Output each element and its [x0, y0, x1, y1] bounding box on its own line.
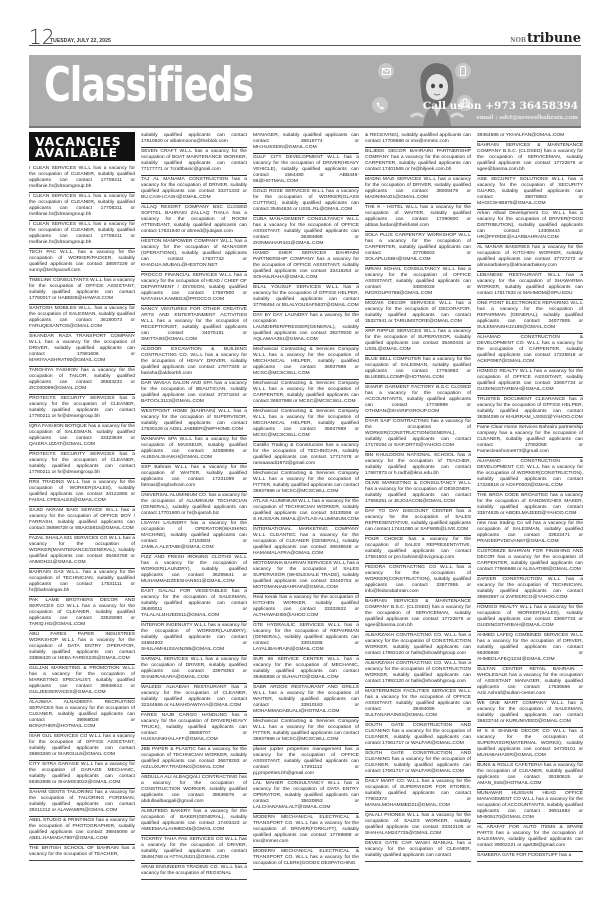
classified-ad: SANTOSH MOBILES W.L.L. has a vacancy for…	[29, 305, 135, 333]
section-heading: VACANCIES AVAILABLE	[29, 132, 135, 161]
ads-list: MANAGER, suitably qualified applicants c…	[253, 132, 359, 870]
newspaper-page: 12 TUESDAY, JULY 22, 2025 NOBtribune Cla…	[29, 0, 581, 900]
classified-ad: ALMUFEED BAKERY has a vacancy for the oc…	[141, 808, 247, 836]
classified-ad: LAL MAHER CONSULTANCY W.L.L has a vacanc…	[253, 780, 359, 814]
classified-ad: TICKRRY TAHA PAK SERVICES CO W.L.L has a…	[141, 836, 247, 864]
classified-ad: ABU FARES PAPER INDUSTRIES WORKSHOP W.L.…	[29, 631, 135, 665]
classified-ad: GTE HYDRAULIC SERVICES W.L.L has a vacan…	[253, 622, 359, 656]
classified-ad: MOZAIK DECOR SERVICES W.L.L has a vacanc…	[365, 300, 471, 328]
classified-ad: ISAR GUL SERVICES CO W.L.L has a vacancy…	[29, 733, 135, 761]
classified-ad: BAHRAIN GAS W.L.L. has a vacancy for the…	[29, 569, 135, 597]
classified-ad: GULJAN MARKETING & PROMOTION W.L.L has a…	[29, 665, 135, 699]
classified-ad: Castillo Trading & Construction has a va…	[253, 442, 359, 470]
classified-ad: MODERN MECHANICAL ELECTRICAL & TRANSPORT…	[253, 848, 359, 870]
classified-ad: THE BRITISH SCHOOL OF BAHRAIN has a vaca…	[29, 845, 135, 861]
classified-ad: Real Kerak has a vacancy for the occupat…	[253, 594, 359, 622]
classified-ad: Mechanical Contracting & Services Compan…	[253, 380, 359, 408]
classified-ad: TAJ AL MANAMA CONSTRUCTION has a vacancy…	[141, 176, 247, 204]
classified-ad: BILAL YOUSUF SERVICES W.L.L has a vacanc…	[253, 284, 359, 312]
publication-date: TUESDAY, JULY 22, 2025	[50, 38, 111, 44]
classified-ad: BILJEEK DECOR BAHRAINI PARTNERSHIP COMPA…	[365, 148, 471, 176]
banner-title: Classifieds	[44, 55, 253, 117]
classified-ad: AHMED LAFEQ COMBINED SERVICES W.L.L has …	[477, 632, 583, 666]
classified-ad: GULF CITY DEVELOPMENT W.L.L has a vacanc…	[253, 154, 359, 188]
column-4: & RECEIVING), suitably qualified applica…	[365, 132, 471, 862]
section-heading-text: VACANCIES AVAILABLE	[35, 136, 105, 158]
classified-ad: TRUSTED DOCUMENT CLEARANCE has a vacancy…	[477, 396, 583, 424]
classified-ad: WESTPOINT HOME (BAHRAIN) W.L.L has a vac…	[141, 408, 247, 436]
classified-ad: BUNS & ROLLS CAFETERIA has a vacancy for…	[477, 762, 583, 790]
classified-ad: NANCY VENTURES FOR OTHER CREATIVE ARTS A…	[141, 306, 247, 346]
classified-ad: SAJID AKRAM BAIG SERVICE W.L.L has a vac…	[29, 507, 135, 535]
classified-ad: AL ARAFAT FOR AUTO ITEMS & SPARE PARTS h…	[477, 824, 583, 852]
classified-ad: SUR 66 SERVICE CENTER W.L.L has a vacanc…	[253, 656, 359, 684]
classified-ad: MUNAWAR HUSSAIN HEAD OFFICE MANAGEMENT C…	[477, 790, 583, 824]
classified-ad: FOUR CHOICE has a vacancy for the occupa…	[365, 536, 471, 564]
classified-ad: I CLEAN SERVICES W.L.L has a vacancy for…	[29, 165, 135, 193]
classified-ad: THE K - HOTEL W.L.L has a vacancy for th…	[365, 204, 471, 232]
classified-ad: WE ONE MART COMPANY W.L.L has a vacancy …	[477, 700, 583, 728]
classified-ad: planet jupiter properties management has…	[253, 746, 359, 780]
classified-ad: ALLAQ RESORT COMPANY BSC CLOSED SOFITEL …	[141, 204, 247, 238]
classified-ad: HOMIGO REALTY W.L.L has a vacancy for th…	[477, 604, 583, 632]
classified-ad: DYAR SAIF CONTRACTING has a vacancy for …	[365, 418, 471, 452]
classified-ad: SHARIF GARMENT FACTORY B.S.C CLOSED has …	[365, 384, 471, 418]
classified-ad: ZAFEER CONSTRUCTION W.L.L has a vacancy …	[477, 576, 583, 604]
classified-ad: RRS TRADING W.L.L has a vacancy for the …	[29, 479, 135, 507]
logo-text: tribune	[527, 31, 581, 46]
classified-ad: INTERNATIONAL MARKETING COMPANY W.L.L CL…	[253, 526, 359, 560]
classified-ad: SULTAN CENTER RETAIL BAHRAIN - WHOLESALE…	[477, 666, 583, 700]
classified-ad: Mechanical Contracting & Services Compan…	[253, 346, 359, 380]
classified-ad: FARES NAJB CARGO HANDLING has a vacancy …	[141, 712, 247, 746]
classified-ad: IBN KHULDOON NATIONAL SCHOOL has a vacan…	[365, 452, 471, 480]
classified-ad: TAROHIYA FASHION has a vacancy for the o…	[29, 367, 135, 395]
classified-ad: CITY SITRA GARAGE W.L.L has a vacancy fo…	[29, 761, 135, 789]
tribune-logo: NOBtribune	[510, 31, 581, 46]
classified-ad: ALHAMAD CONSTRUCTION & DEVELOPMENT CO. W…	[477, 334, 583, 368]
classified-ad: HESTON MANPOWER COMPANY W.L.L has a vaca…	[141, 238, 247, 272]
classified-ad: PROTECTS SECURITY SERVICES has a vacancy…	[29, 395, 135, 423]
classified-ad: LEBANESE RESTAURANT W.L.L has a vacancy …	[477, 272, 583, 300]
classified-ad: ABDULLA ALI ALBAQQALI CONTRACTING has a …	[141, 774, 247, 808]
classified-ad: SEVEN CRAFT W.L.L has a vacancy for the …	[141, 148, 247, 176]
classified-ad: CUBA MANAGEMENT CONSULTANCY W.L.L has a …	[253, 216, 359, 250]
classified-ad: DAY BY DAY LAUNDRY has a vacancy for the…	[253, 312, 359, 346]
classified-ad: UNIVERSAL ALUMINIUM CO. has a vacancy fo…	[141, 492, 247, 520]
ads-list: suitably qualified applicants can contac…	[141, 132, 247, 880]
classified-ad: TECH PAC W.L.L. has a vacancy for the oc…	[29, 249, 135, 277]
classified-ad: IMRAN SOHAIL CONSULTANCY W.L.L has a vac…	[365, 266, 471, 300]
classified-ad: ALBARZAKH CONTRACTING CO. W.L.L has a va…	[365, 632, 471, 660]
classified-ad: ALAJWAA ALNADEEFA RECRUITING SERVICES ha…	[29, 699, 135, 733]
classified-ad: SOLA PLUS CARPENTRY WORKSHOP W.L.L has a…	[365, 232, 471, 266]
column-5: 39464585 or YKHALFAN@GMAIL.COMBAHRAIN SE…	[477, 132, 583, 862]
classified-ad: FAZAL SHAILA 631 SERVICES CO W.L.L has a…	[29, 535, 135, 569]
classified-ad: Arkan Alhad Development Co. W.L.L has a …	[477, 210, 583, 244]
classified-ad: FIZZ AND FRESH IRONING CLOTHS W.L.L has …	[141, 554, 247, 588]
ads-list: 39464585 or YKHALFAN@GMAIL.COMBAHRAIN SE…	[477, 132, 583, 862]
column-1: VACANCIES AVAILABLE I CLEAN SERVICES W.L…	[29, 132, 135, 861]
phone-icon	[372, 97, 388, 113]
logo-prefix: NOB	[510, 37, 526, 44]
classified-ad: IQRA FASHION BOTIQUE has a vacancy for t…	[29, 423, 135, 451]
classified-ad: suitably qualified applicants can contac…	[141, 132, 247, 148]
classified-ad: ALHAMAD CONSTRUCTION & DEVELOPMENT CO. W…	[477, 458, 583, 492]
classified-ad: HAMID SHER SERVICES BAHRAINI PARTNERSHIP…	[253, 250, 359, 284]
classified-ad: DEVES GATE CAR WASH MANUAL has a vacancy…	[365, 840, 471, 862]
classified-ad: BAHRAIN SERVICES & MAINTENANCE COMPANY B…	[477, 142, 583, 176]
classified-ad: SABR AROOS RESTAURANT AND GRILLS W.L.L h…	[253, 684, 359, 718]
classified-ad: CUSTOMIZE BAHRAIN FOR FINISHING AND DECO…	[477, 548, 583, 576]
classified-ad: SSP Bahrain W.L.L has a vacancy for the …	[141, 464, 247, 492]
ads-list: & RECEIVING), suitably qualified applica…	[365, 132, 471, 862]
classified-ad: AL MANAR BAKERIES has a vacancy for the …	[477, 244, 583, 272]
classified-ad: GOLD ROSE SERVICES W.L.L has a vacancy f…	[253, 188, 359, 216]
classified-ad: OLIVE MARKETING & CONSULTANCY W.L.L has …	[365, 480, 471, 508]
classifieds-banner: Classifieds Call us on +973 36458394 ema…	[29, 55, 581, 128]
classified-ad: ONE POINT ELECTRONICS REPAIRING W.L.L ha…	[477, 300, 583, 334]
classified-ad: DAR WASAA SALON AND SPA has a vacancy fo…	[141, 380, 247, 408]
classified-ad: M S S SHABAB DECOR CO W.L.L has a vacanc…	[477, 728, 583, 762]
column-2: suitably qualified applicants can contac…	[141, 132, 247, 880]
classified-ad: ABEL STUDIO & PRINTINGS has a vacancy fo…	[29, 817, 135, 845]
classified-ad: ASB SECURITY SOLUTIONS W.L.L has a vacan…	[477, 176, 583, 210]
call-us-phone: Call us on +973 36458394	[423, 100, 578, 112]
classified-ad: PROCCO FINANCIAL SERVICES W.L.L has a va…	[141, 272, 247, 306]
classified-ad: MASTERMINDS FACILITIES SERVICES W.L.L ha…	[365, 688, 471, 722]
classified-ad: BLUE BELL COMPUTER has a vacancy for the…	[365, 356, 471, 384]
classified-ad: MANAGER, suitably qualified applicants c…	[253, 132, 359, 154]
classified-ad: 39464585 or YKHALFAN@GMAIL.COM	[477, 132, 583, 142]
classified-ad: SARWAL SERVICES W.L.L has a vacancy for …	[141, 656, 247, 684]
classified-ad: I CLEAN SERVICES W.L.L has a vacancy for…	[29, 221, 135, 249]
classified-ad: PROTECTS SECURITY SERVICES has a vacancy…	[29, 451, 135, 479]
classified-ad: SIKANDAR RAZA TRANSPORT COMPANY W.L.L ha…	[29, 333, 135, 367]
classified-ad: SOUTH GATE CONSTRUCTION AND CLEANING has…	[365, 750, 471, 778]
classified-ad: Mechanical Contracting & Services Compan…	[253, 718, 359, 746]
classified-ad: INTERIOR INGENUITY W.L.L has a vacancy f…	[141, 622, 247, 656]
classified-ad: MODERN MECHANICAL ELECTRICAL & TRANSPORT…	[253, 814, 359, 848]
classified-ad: SAHAM GENTS TAILORING has a vacancy for …	[29, 789, 135, 817]
classified-ad: Mechanical Contracting & Services Compan…	[253, 408, 359, 442]
page-header: 12 TUESDAY, JULY 22, 2025 NOBtribune	[29, 28, 581, 46]
column-3: MANAGER, suitably qualified applicants c…	[253, 132, 359, 870]
classified-ad: DAY TO DAY DISCOUNT CENTER has a vacancy…	[365, 508, 471, 536]
ads-list: I CLEAN SERVICES W.L.L has a vacancy for…	[29, 165, 135, 861]
classified-ad: ALDOOR EXCAVATION & BUILDING CONTRACTING…	[141, 346, 247, 380]
classified-ad: I CLEAN SERVICES W.L.L has a vacancy for…	[29, 193, 135, 221]
classified-ad: SAMEERA GATE FOR FOODSTUFF has a	[477, 852, 583, 862]
classified-ad: BAHRAIN SERVICES & MAINTENANCE COMPANY B…	[365, 598, 471, 632]
classified-ad: SOUTH GATE CONSTRUCTION AND CLEANING has…	[365, 722, 471, 750]
classified-ad: & RECEIVING), suitably qualified applica…	[365, 132, 471, 148]
classified-ad: EAST GALALI FOR VEGETABLES has a vacancy…	[141, 588, 247, 622]
classified-ad: JBB PAPER & PLASTIC has a vacancy for th…	[141, 746, 247, 774]
classified-ad: XRP RIPPLE SERVICES W.L.L has a vacancy …	[365, 328, 471, 356]
envelope-icon	[378, 63, 394, 79]
classified-ad: LSAYAH LAUNDRY has a vacancy for the occ…	[141, 520, 247, 554]
classified-ad: WALEED ALKABAH RESTAURANT has a vacancy …	[141, 684, 247, 712]
classified-ad: ATLAS ALUMINIUM W.L.L has a vacancy for …	[253, 498, 359, 526]
classified-ad: Fame Clear Home Services Bahraini partne…	[477, 424, 583, 458]
classified-ad: DAILY MART CO. W.L.L has a vacancy for t…	[365, 778, 471, 812]
classified-ad: TIMELINK CONSULTANTS W.L.L has a vacancy…	[29, 277, 135, 305]
classified-ad: Mechanical Contracting & Services Compan…	[253, 470, 359, 498]
classified-ad: MOTOMANIA BAHRAIN SERVICES W.L.L has a v…	[253, 560, 359, 594]
classified-ad: PAK LAMB BROTHERS DECOR AND SERVICES CO …	[29, 597, 135, 631]
classified-ad: QALALI PHONES W.L.L has a vacancy for th…	[365, 812, 471, 840]
classified-ad: FEDORA CONTRACTING CO W.L.L has a vacanc…	[365, 564, 471, 598]
classified-ad: HOMIGO REALTY W.L.L has a vacancy for th…	[477, 368, 583, 396]
classified-ad: MADNI MAZI SERVICES W.L.L has a vacancy …	[365, 176, 471, 204]
classified-ad: new max trading Co wll has a vacancy for…	[477, 520, 583, 548]
classified-ad: THE BROA CODE BROASTED has a vacancy for…	[477, 492, 583, 520]
classified-ad: ALBARZAKH CONTRACTING CO. W.L.L has a va…	[365, 660, 471, 688]
classified-ad: WANNAPA SPA W.L.L has a vacancy for the …	[141, 436, 247, 464]
advert-email: email : advt@newsofbahrain.com	[476, 115, 578, 121]
classified-ad: ARAB ENGINEERS TRADING CO. W.L.L has a v…	[141, 864, 247, 880]
customer-service-illustration	[407, 59, 467, 126]
